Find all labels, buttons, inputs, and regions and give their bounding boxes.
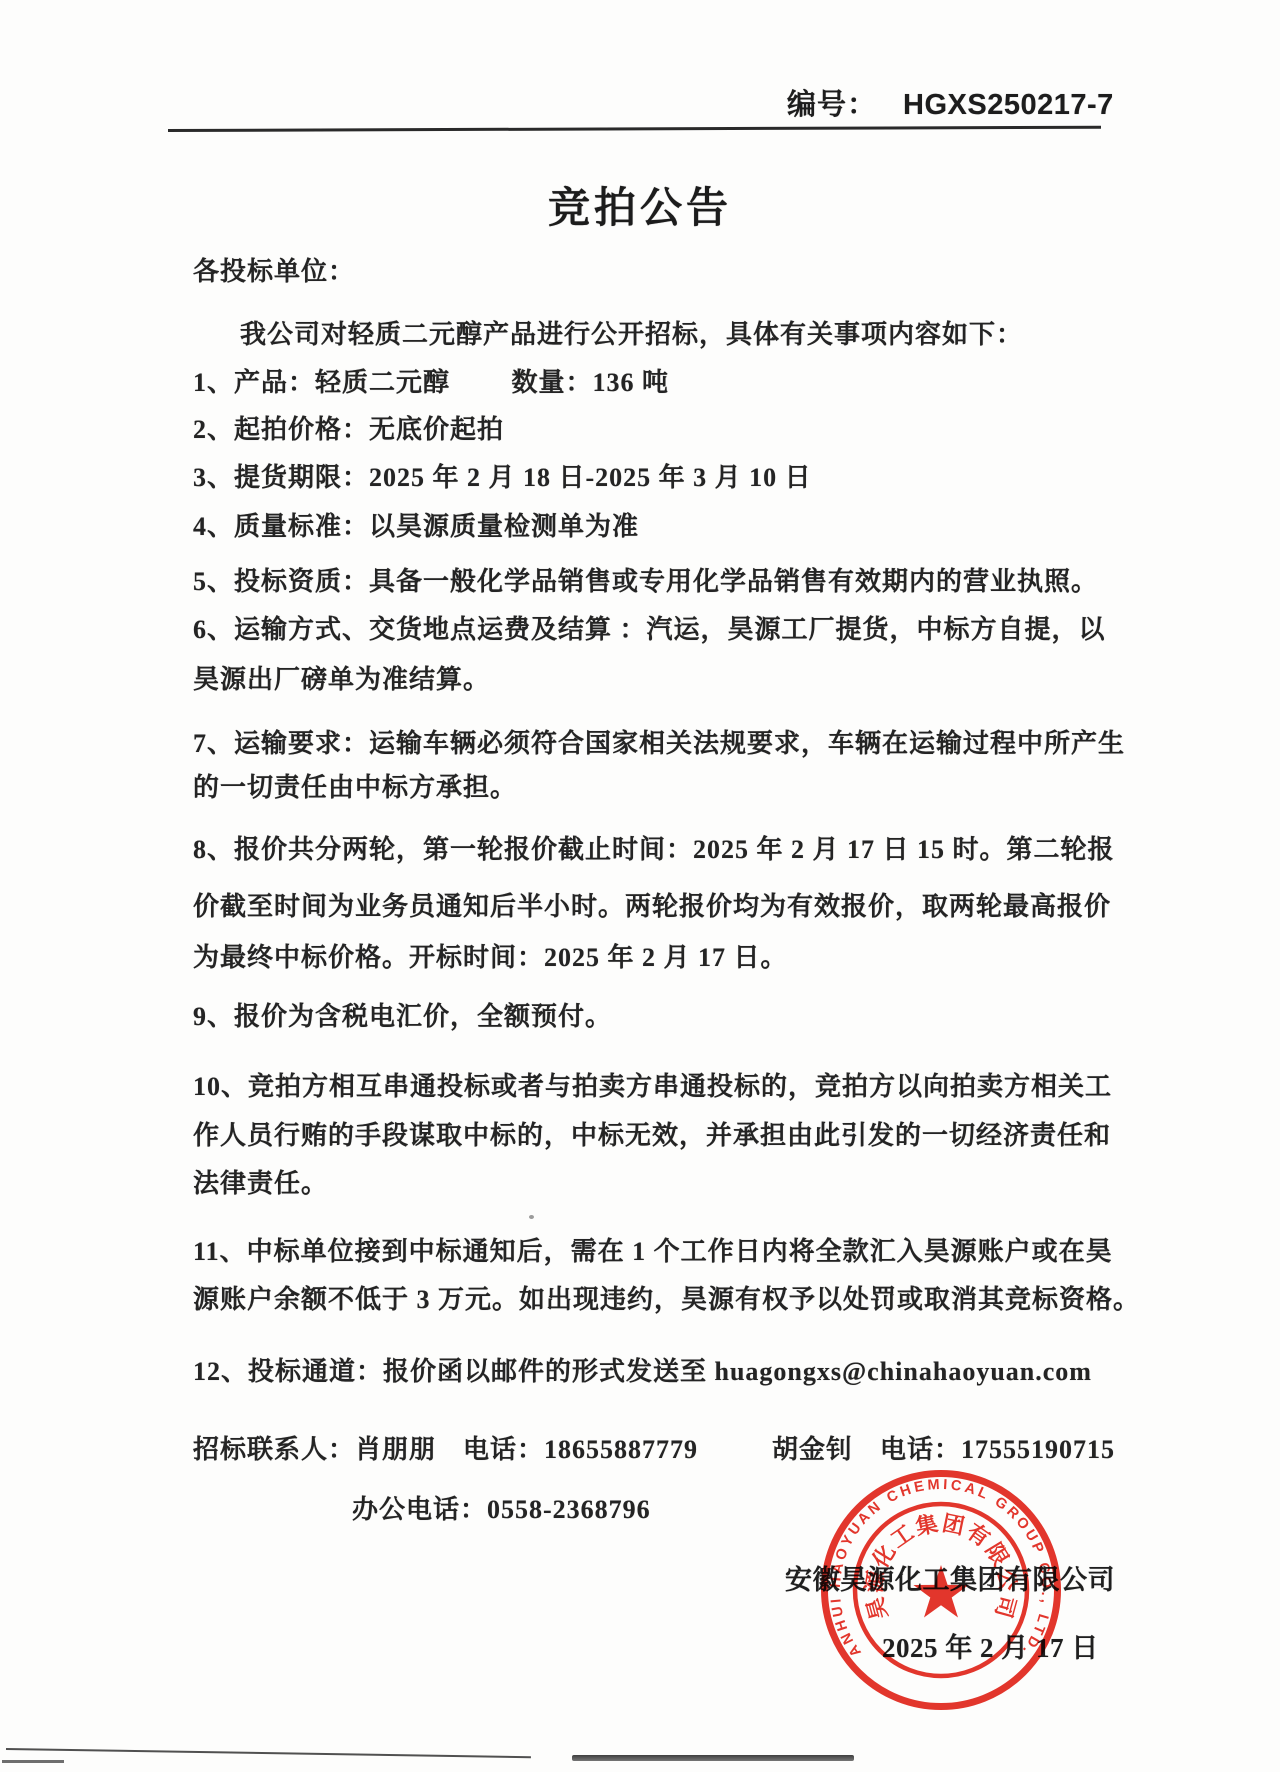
doc-line-item8b: 价截至时间为业务员通知后半小时。两轮报价均为有效报价，取两轮最高报价 [193, 889, 1111, 925]
intro-line: 我公司对轻质二元醇产品进行公开招标，具体有关事项内容如下： [240, 317, 1023, 353]
scan-artifact-band [572, 1755, 854, 1761]
doc-line-item11b: 源账户余额不低于 3 万元。如出现违约，昊源有权予以处罚或取消其竞标资格。 [193, 1282, 1140, 1318]
scanned-auction-announcement: 编号：HGXS250217-7 竞拍公告 各投标单位： 我公司对轻质二元醇产品进… [0, 0, 1280, 1772]
doc-line-item7b: 的一切责任由中标方承担。 [193, 770, 517, 806]
doc-line-item12-email: 12、投标通道：报价函以邮件的形式发送至 huagongxs@chinahaoy… [193, 1354, 1092, 1390]
doc-line-item9: 9、报价为含税电汇价，全额预付。 [193, 999, 612, 1035]
signature-date: 2025 年 2 月 17 日 [882, 1630, 1099, 1666]
doc-line-item4: 4、质量标准：以昊源质量检测单为准 [193, 509, 639, 545]
doc-line-item6a: 6、运输方式、交货地点运费及结算 ：汽运，昊源工厂提货，中标方自提，以 [193, 612, 1106, 648]
scan-artifact-line [6, 1748, 531, 1758]
signature-company: 安徽昊源化工集团有限公司 [785, 1562, 1115, 1598]
doc-line-item1: 1、产品：轻质二元醇 数量：136 吨 [193, 365, 669, 401]
salutation-line: 各投标单位： [193, 254, 355, 290]
doc-line-item10b: 作人员行贿的手段谋取中标的，中标无效，并承担由此引发的一切经济责任和 [193, 1118, 1111, 1154]
doc-line-item5: 5、投标资质：具备一般化学品销售或专用化学品销售有效期内的营业执照。 [193, 564, 1098, 600]
doc-number-value: HGXS250217-7 [877, 89, 1114, 121]
doc-line-item3: 3、提货期限：2025 年 2 月 18 日-2025 年 3 月 10 日 [193, 460, 812, 496]
doc-line-item10a: 10、竞拍方相互串通投标或者与拍卖方串通投标的，竞拍方以向拍卖方相关工 [193, 1069, 1112, 1105]
doc-number-label: 编号： [787, 89, 877, 121]
doc-line-item8c: 为最终中标价格。开标时间：2025 年 2 月 17 日。 [193, 940, 788, 976]
contact-person-1: 招标联系人：肖朋朋 电话：18655887779 [193, 1432, 698, 1468]
office-phone-line: 办公电话：0558-2368796 [352, 1492, 651, 1528]
doc-line-item6b: 昊源出厂磅单为准结算。 [193, 662, 490, 698]
doc-line-item10c: 法律责任。 [193, 1166, 328, 1202]
doc-line-item2: 2、起拍价格：无底价起拍 [193, 412, 504, 448]
doc-number: 编号：HGXS250217-7 [787, 82, 1114, 123]
doc-line-item11a: 11、中标单位接到中标通知后，需在 1 个工作日内将全款汇入昊源账户或在昊 [193, 1234, 1113, 1270]
scan-artifact-dash [2, 1760, 64, 1763]
header-rule [168, 126, 1101, 132]
page-title: 竞拍公告 [0, 183, 1280, 235]
scan-speck [529, 1215, 534, 1219]
doc-line-item7a: 7、运输要求：运输车辆必须符合国家相关法规要求，车辆在运输过程中所产生 [193, 726, 1125, 762]
doc-line-item8a: 8、报价共分两轮，第一轮报价截止时间：2025 年 2 月 17 日 15 时。… [193, 832, 1115, 868]
